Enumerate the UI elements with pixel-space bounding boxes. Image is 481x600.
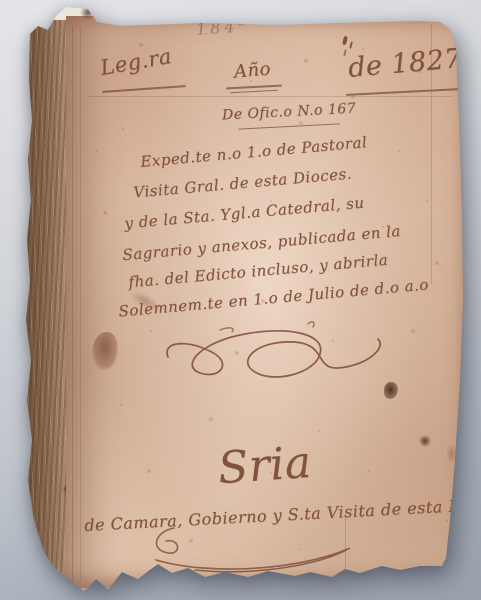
- foxing-speckles: [0, 0, 2, 2]
- photo-of-manuscript: 1842 Leg.ra Año de 1827 De Ofic.o N.o 16…: [0, 0, 481, 600]
- aged-edge-vignette: [66, 16, 468, 588]
- manuscript-shadow-wrap: 1842 Leg.ra Año de 1827 De Ofic.o N.o 16…: [0, 0, 481, 600]
- manuscript-cover: 1842 Leg.ra Año de 1827 De Ofic.o N.o 16…: [0, 0, 481, 600]
